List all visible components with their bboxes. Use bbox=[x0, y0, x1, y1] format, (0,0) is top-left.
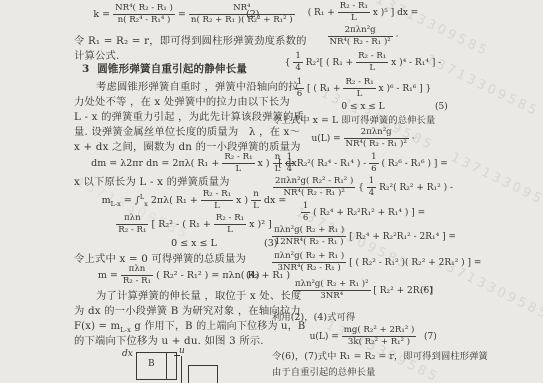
equation-4-formula: m = πλnR₂ - R₁ ( R₂² - R₁² ) = πλn( R₂ +… bbox=[98, 270, 290, 281]
equation-6-formula: πλn²g( R₂ + R₁ )²3NR⁴ [ R₂² + 2R₁² ] bbox=[293, 286, 433, 296]
text-line: 令上式中 x = L 即可得弹簧的总伸长量 bbox=[272, 115, 454, 127]
equation-6-line1: u(L) = 2πλn²gNR⁴( R₂ - R₁ )² · bbox=[272, 127, 454, 151]
right-column: ( R₁ + R₂ - R₁L x )⁵ ] dx = 2πλn²gNR⁴( R… bbox=[272, 0, 454, 383]
equation-6-line5: πλn²g( R₂ + R₁ )12NR⁴( R₂ - R₁ ) [ R₂⁴ +… bbox=[272, 225, 454, 249]
equation-4-number: (4) bbox=[246, 264, 259, 288]
section-title: 圆锥形弹簧自重引起的静伸长量 bbox=[97, 63, 247, 75]
figure-box-B: B bbox=[136, 352, 177, 380]
figure-box-B-inner-line bbox=[166, 353, 167, 379]
equation-2-number: (2) bbox=[246, 3, 259, 27]
equation-7-number: (7) bbox=[424, 325, 437, 349]
figure-box-B-label: B bbox=[148, 359, 155, 369]
equation-6-final: πλn²g( R₂ + R₁ )²3NR⁴ [ R₂² + 2R₁² ] (6) bbox=[272, 279, 454, 303]
equation-5-range-text: 0 ≤ x ≤ L bbox=[341, 102, 384, 112]
equation-5-number: (5) bbox=[435, 101, 448, 114]
equation-3-range-text: 0 ≤ x ≤ L bbox=[171, 238, 217, 249]
scanned-paper-page: 13713309585 13713309585 13713309585 1371… bbox=[0, 0, 543, 383]
equation-5-range: 0 ≤ x ≤ L (5) bbox=[272, 101, 454, 114]
equation-2-formula: k = NR⁴( R₂ - R₁ )n( R₂⁴ - R₁⁴ ) = NR⁴n(… bbox=[93, 9, 294, 20]
watermark-text: 13713309585 bbox=[448, 150, 543, 218]
text-line: 由于自重引起的总伸长量 bbox=[272, 367, 454, 379]
equation-5-cont-line2: 2πλn²gNR⁴( R₂ - R₁ )² · bbox=[272, 25, 454, 49]
equation-6-line2: [ 14 R₂²( R₂⁴ - R₁⁴ ) - 16 ( R₂⁶ - R₁⁶ )… bbox=[272, 152, 454, 176]
figure-box-lower bbox=[188, 365, 218, 383]
text-line: 利用(2)，(4)式可得 bbox=[272, 312, 454, 324]
figure-displacement-line bbox=[181, 356, 182, 383]
equation-5-cont-line1: ( R₁ + R₂ - R₁L x )⁵ ] dx = bbox=[272, 1, 454, 25]
equation-5-cont-line4: 16 [ ( R₁ + R₂ - R₁L x )⁶ - R₁⁶ ] } bbox=[272, 77, 454, 101]
equation-7-formula: u(L) = mg( R₂² + 2R₁² )3k( R₂² + R₁² ) bbox=[310, 332, 417, 342]
section-number: 3 bbox=[82, 63, 90, 75]
equation-6-line4: 16 ( R₂⁴ + R₂²R₁² + R₁⁴ ) ] = bbox=[272, 201, 454, 225]
equation-5-cont-line3: { 14 R₂²[ ( R₁ + R₂ - R₁L x )⁴ - R₁⁴ ] - bbox=[272, 51, 454, 75]
equation-7: u(L) = mg( R₂² + 2R₁² )3k( R₂² + R₁² ) (… bbox=[272, 325, 454, 349]
equation-6-number: (6) bbox=[420, 279, 433, 303]
equation-6-line6: πλn²g( R₂ + R₁ )3NR⁴( R₂ - R₁ ) [ ( R₂² … bbox=[272, 251, 454, 275]
equation-6-line3: 2πλn²g( R₂² - R₁² )NR⁴( R₂ - R₁ )² { 14 … bbox=[272, 176, 454, 200]
figure-u-label: u bbox=[179, 346, 185, 356]
figure-dx-label: dx bbox=[122, 349, 133, 359]
text-line: 令(6)，(7)式中 R₁ = R₂ = r，即可得到圆柱形弹簧 bbox=[272, 351, 454, 363]
